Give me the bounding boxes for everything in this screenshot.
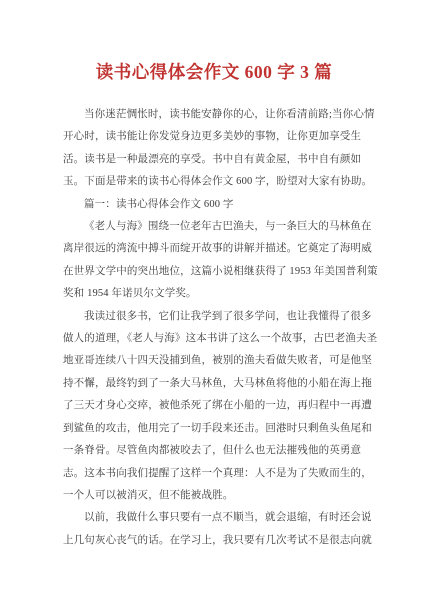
body-line: 以前，我做什么事只要有一点不顺当，就会退缩，有时还会说 [63,507,365,529]
body-line: 在世界文学中的突出地位，这篇小说相继获得了 1953 年美国普利策 [63,261,365,283]
body-line: 地亚哥连续八十四天没捕到鱼，被别的渔夫看做失败者，可是他坚 [63,350,365,372]
body-line: 我读过很多书，它们让我学到了很多学问，也让我懂得了很多 [63,306,365,328]
body-line: 当你迷茫惆怅时，读书能安静你的心，让你看清前路;当你心情 [63,104,365,126]
body-line: 一条脊骨。尽管鱼肉都被咬去了，但什么也无法摧残他的英勇意 [63,440,365,462]
essay-body: 当你迷茫惆怅时，读书能安静你的心，让你看清前路;当你心情 开心时，读书能让你发觉… [63,104,365,552]
body-line: 离岸很远的湾流中搏斗而绽开故事的讲解并描述。它奠定了海明威 [63,238,365,260]
body-line: 志。这本书向我们提醒了这样一个真理：人不是为了失败而生的， [63,463,365,485]
body-line: 一个人可以被消灭，但不能被战胜。 [63,485,365,507]
body-line: 奖和 1954 年诺贝尔文学奖。 [63,283,365,305]
body-line: 活。读书是一种最漂亮的享受。书中自有黄金屋，书中自有颜如 [63,149,365,171]
body-line: 做人的道理，《老人与海》这本书讲了这么一个故事，古巴老渔夫圣 [63,328,365,350]
body-line: 了三天才身心交瘁，被他杀死了绑在小船的一边，再归程中一再遭 [63,395,365,417]
body-line: 上几句灰心丧气的话。在学习上，我只要有几次考试不是很志向就 [63,530,365,552]
body-line: 玉。下面是带来的读书心得体会作文 600 字，盼望对大家有协助。 [63,171,365,193]
body-line: 持不懈，最终钓到了一条大马林鱼，大马林鱼将他的小船在海上拖 [63,373,365,395]
body-line: 开心时，读书能让你发觉身边更多美妙的事物，让你更加享受生 [63,126,365,148]
section-heading-line: 篇一：读书心得体会作文 600 字 [63,194,365,216]
body-line: 《老人与海》围绕一位老年古巴渔夫，与一条巨大的马林鱼在 [63,216,365,238]
document-page: 读书心得体会作文 600 字 3 篇 当你迷茫惆怅时，读书能安静你的心，让你看清… [0,0,424,600]
body-line: 到鲨鱼的攻击，他用完了一切手段来还击。回港时只剩鱼头鱼尾和 [63,418,365,440]
essay-title: 读书心得体会作文 600 字 3 篇 [63,58,365,86]
